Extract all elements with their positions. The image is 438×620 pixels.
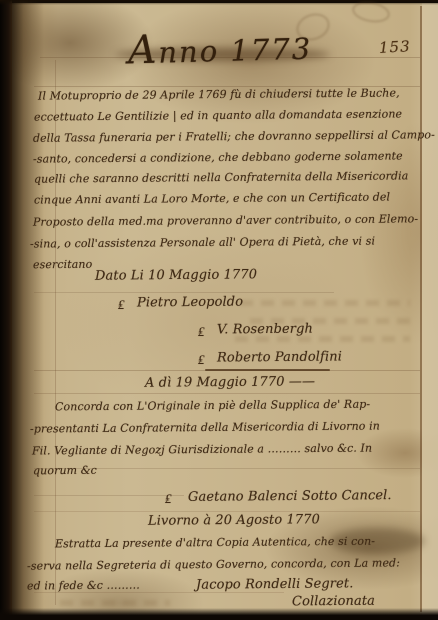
page-title: Anno 1773 [127, 24, 312, 74]
manuscript-line: ed in fede &c ……… [27, 579, 140, 593]
manuscript-line: Concorda con L'Originale in piè della Su… [55, 398, 370, 414]
date-line-19-maggio: A dì 19 Maggio 1770 —— [145, 374, 315, 390]
paraph-flourish-icon: ₤ [198, 352, 205, 368]
page-outer-margin [422, 3, 438, 615]
signature-rondelli: Jacopo Rondelli Segret. [196, 576, 354, 592]
place-date-line: Livorno à 20 Agosto 1770 [148, 512, 320, 529]
manuscript-scan: Anno 1773 153 Il Motuproprio de 29 April… [0, 0, 438, 620]
dato-date-line: Dato Li 10 Maggio 1770 [95, 267, 257, 283]
manuscript-line: Estratta La presente d'altra Copia Auten… [55, 535, 375, 551]
paraph-flourish-icon: ₤ [165, 491, 172, 507]
signature-rosenbergh: V. Rosenbergh [217, 322, 313, 338]
manuscript-line: quorum &c [33, 464, 97, 478]
signature-pietro-leopoldo: Pietro Leopoldo [137, 295, 243, 311]
ruled-line [34, 511, 420, 512]
signature-balenci: Gaetano Balenci Sotto Cancel. [188, 488, 392, 505]
bleedthrough-text [60, 600, 170, 606]
signature-pandolfini: Roberto Pandolfini [217, 349, 342, 365]
bleedthrough-text [240, 300, 410, 306]
signature-underline [205, 369, 330, 371]
ruled-line [34, 292, 334, 293]
paraph-flourish-icon: ₤ [118, 297, 125, 313]
collation-note: Collazionata [292, 594, 375, 610]
scan-bottom-edge [0, 608, 438, 620]
paraph-flourish-icon: ₤ [198, 324, 205, 340]
manuscript-line: esercitano [33, 258, 92, 272]
ruled-line [34, 393, 420, 394]
page-number: 153 [379, 37, 412, 57]
ruled-line [34, 495, 184, 496]
book-binding-edge [0, 0, 12, 620]
page-right-edge [420, 6, 422, 612]
